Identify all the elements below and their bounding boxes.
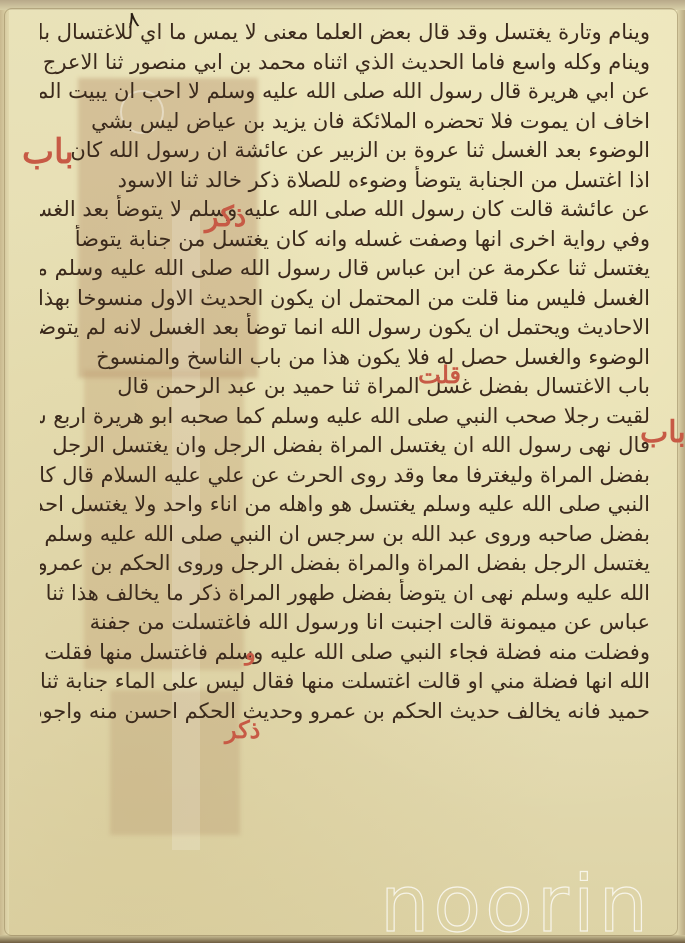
text-line: الاحاديث ويحتمل ان يكون رسول الله انما ت… bbox=[40, 313, 650, 343]
text-line: الغسل فليس منا قلت من المحتمل ان يكون ال… bbox=[40, 284, 650, 314]
text-line: عباس عن ميمونة قالت اجنبت انا ورسول الله… bbox=[40, 608, 650, 638]
text-line: وينام وتارة يغتسل وقد قال بعض العلما معن… bbox=[40, 18, 650, 48]
rubric-dhikr: ذكر bbox=[225, 715, 260, 744]
text-line: الله انها فضلة مني او قالت اغتسلت منها ف… bbox=[40, 667, 650, 697]
text-line: حميد فانه يخالف حديث الحكم بن عمرو وحديث… bbox=[40, 697, 650, 727]
text-line: الله عليه وسلم نهى ان يتوضأ بفضل طهور ال… bbox=[40, 579, 650, 609]
rubric-waw: و bbox=[245, 640, 256, 666]
text-line: وفي رواية اخرى انها وصفت غسله وانه كان ي… bbox=[40, 225, 650, 255]
text-line: يغتسل ثنا عكرمة عن ابن عباس قال رسول الل… bbox=[40, 254, 650, 284]
text-line: باب الاغتسال بفضل غسل المراة ثنا حميد بن… bbox=[40, 372, 650, 402]
rubric-qultu: قلت bbox=[418, 360, 461, 389]
text-line: اخاف ان يموت فلا تحضره الملائكة فان يزيد… bbox=[40, 107, 650, 137]
page-right-edge bbox=[677, 10, 685, 943]
text-line: بفضل صاحبه وروى عبد الله بن سرجس ان النب… bbox=[40, 520, 650, 550]
text-line: لقيت رجلا صحب النبي صلى الله عليه وسلم ك… bbox=[40, 402, 650, 432]
manuscript-page: ٨ وينام وتارة يغتسل وقد قال بعض العلما م… bbox=[0, 0, 685, 943]
text-line: وفضلت منه فضلة فجاء النبي صلى الله عليه … bbox=[40, 638, 650, 668]
text-line: يغتسل الرجل بفضل المراة والمراة بفضل الر… bbox=[40, 549, 650, 579]
text-line: بفضل المراة وليغترفا معا وقد روى الحرث ع… bbox=[40, 461, 650, 491]
rubric-bab: باب bbox=[22, 132, 74, 172]
text-line: الوضوء والغسل حصل له فلا يكون هذا من باب… bbox=[40, 343, 650, 373]
text-line: قال نهى رسول الله ان يغتسل المراة بفضل ا… bbox=[40, 431, 650, 461]
text-line: وينام وكله واسع فاما الحديث الذي اثناه م… bbox=[40, 48, 650, 78]
rubric-bab: باب bbox=[640, 415, 685, 450]
text-line: النبي صلى الله عليه وسلم يغتسل هو واهله … bbox=[40, 490, 650, 520]
text-line: اذا اغتسل من الجنابة يتوضأ وضوءه للصلاة … bbox=[40, 166, 650, 196]
text-line: عن ابي هريرة قال رسول الله صلى الله عليه… bbox=[40, 77, 650, 107]
watermark-text: noorin bbox=[380, 860, 652, 943]
rubric-dhikr: ذكر bbox=[205, 200, 246, 233]
main-text-block: وينام وتارة يغتسل وقد قال بعض العلما معن… bbox=[40, 18, 650, 726]
text-line: عن عائشة قالت كان رسول الله صلى الله علي… bbox=[40, 195, 650, 225]
text-line: الوضوء بعد الغسل ثنا عروة بن الزبير عن ع… bbox=[40, 136, 650, 166]
